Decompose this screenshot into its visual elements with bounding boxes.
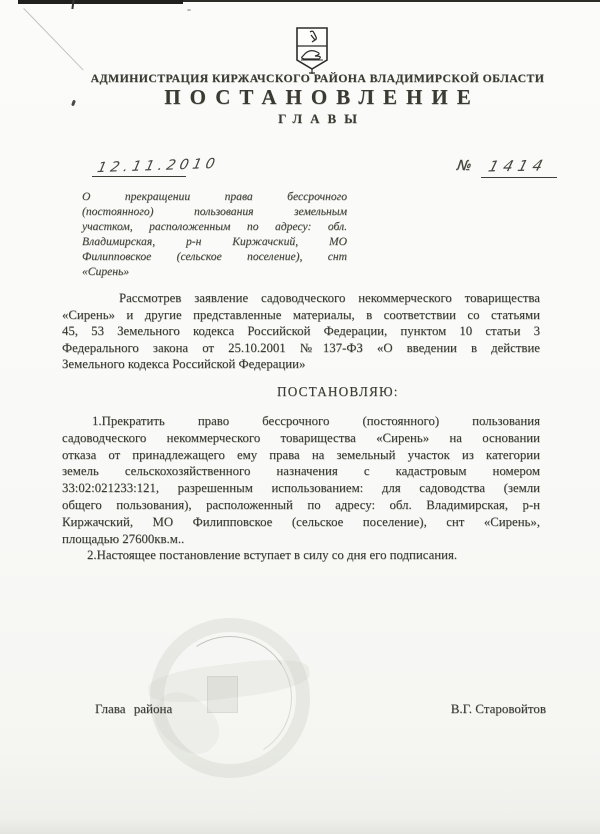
resolve-heading: ПОСТАНОВЛЯЮ:: [277, 384, 399, 400]
item1-line: садоводческого некоммерческого товарищес…: [62, 430, 540, 447]
scan-dust-speck: [187, 9, 191, 11]
handwritten-date: 12.11.2010: [96, 156, 221, 176]
document-type-title: ПОСТАНОВЛЕНИЕ: [35, 85, 600, 110]
preamble-line: Федерального закона от 25.10.2001 №137-Ф…: [62, 340, 540, 357]
preamble-line: «Сирень» и другие представленные материа…: [62, 307, 540, 324]
item1-line: 1.Прекратить право бессрочного (постоянн…: [92, 413, 540, 430]
issuing-authority-title: АДМИНИСТРАЦИЯ КИРЖАЧСКОГО РАЙОНА ВЛАДИМИ…: [35, 71, 600, 86]
scan-top-edge-line: [18, 0, 183, 4]
subject-line: «Сирень»: [82, 264, 347, 279]
number-sign: №: [456, 158, 473, 174]
item2-line: 2.Настоящее постановление вступает в сил…: [87, 547, 540, 564]
scanned-document-page: АДМИНИСТРАЦИЯ КИРЖАЧСКОГО РАЙОНА ВЛАДИМИ…: [0, 0, 600, 834]
subject-line: О прекращении права бессрочного: [82, 189, 347, 204]
item1-line: Киржачский, МО Филипповское (сельское по…: [62, 514, 540, 531]
resolution-body: 1.Прекратить право бессрочного (постоянн…: [62, 413, 540, 564]
preamble-paragraph: Рассмотрев заявление садоводческого неко…: [62, 290, 540, 373]
item1-line: площадью 27600кв.м..: [62, 531, 540, 548]
signer-name: В.Г. Старовойтов: [451, 701, 546, 717]
scan-edge-tick: [71, 0, 74, 9]
subject-line: участком, расположенным по адресу: обл.: [82, 219, 347, 234]
item1-line: земель сельскохозяйственного назначения …: [62, 463, 540, 480]
preamble-line: Рассмотрев заявление садоводческого неко…: [119, 290, 540, 307]
preamble-line: 45, 53 Земельного кодекса Российской Фед…: [62, 323, 540, 340]
number-field: 1414: [481, 153, 557, 178]
document-subject: О прекращении права бессрочного (постоян…: [82, 189, 347, 279]
scan-top-edge-line: [183, 0, 600, 2]
preamble-line: Земельного кодекса Российской Федерации»: [62, 356, 540, 373]
signer-position: Глава района: [95, 701, 172, 717]
item1-line: общего пользования), расположенный по ад…: [62, 497, 540, 514]
item1-line: отказа от принадлежащего ему права на зе…: [62, 447, 540, 464]
item1-line: 33:02:021233:121, разрешенным использова…: [62, 480, 540, 497]
subject-line: (постоянного) пользования земельным: [82, 204, 347, 219]
document-author-subtitle: ГЛАВЫ: [35, 111, 600, 127]
handwritten-number: 1414: [486, 156, 549, 175]
subject-line: Филипповское (сельское поселение), снт: [82, 249, 347, 264]
subject-line: Владимирская, р-н Киржачский, МО: [82, 234, 347, 249]
paper-crease-line: [23, 8, 83, 71]
date-field: 12.11.2010: [92, 153, 186, 177]
signature-block: Глава района В.Г. Старовойтов: [62, 701, 546, 717]
